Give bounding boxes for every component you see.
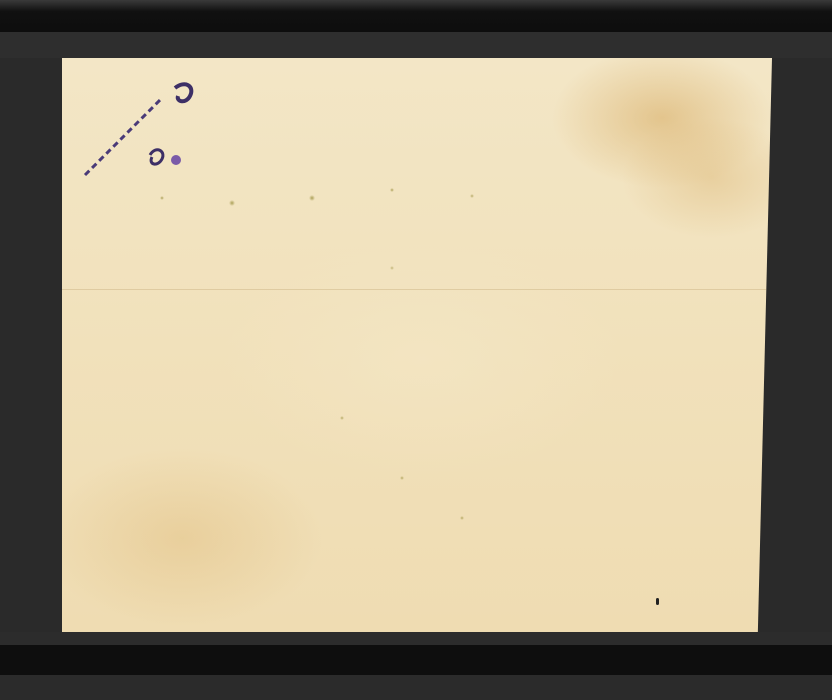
pencil-annotation-mark: [80, 70, 200, 180]
specks: [656, 598, 659, 605]
album-strip-top: [0, 32, 832, 58]
album-strip-bottom: [0, 632, 832, 646]
album-band-bottom: [0, 645, 832, 675]
album-page-foot: [0, 675, 832, 700]
ink-show-through: [142, 178, 622, 558]
album-band-top: [0, 0, 832, 32]
